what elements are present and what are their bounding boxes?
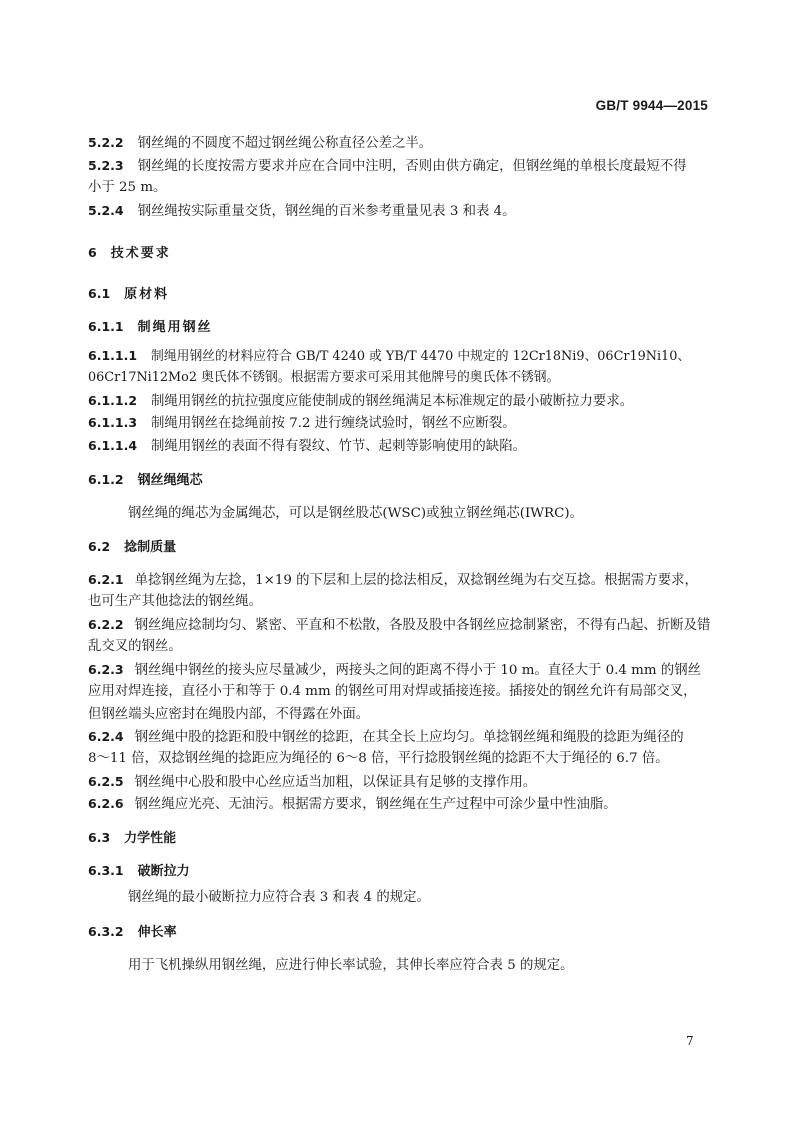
section-number: 6.1 — [88, 285, 110, 303]
clause-6-2-6: 6.2.6钢丝绳应光亮、无油污。根据需方要求，钢丝绳在生产过程中可涂少量中性油脂… — [88, 795, 617, 814]
clause-6-2-2-continued: 乱交叉的钢丝。 — [88, 638, 182, 656]
clause-number: 6.1.1.1 — [88, 347, 137, 365]
clause-number: 6.2.6 — [88, 795, 124, 813]
clause-number: 5.2.3 — [88, 157, 124, 175]
clause-5-2-3-continued: 小于 25 m。 — [88, 179, 166, 197]
clause-text: 钢丝绳中钢丝的接头应尽量减少，两接头之间的距离不得小于 10 m。直径大于 0.… — [135, 663, 701, 678]
section-title: 破断拉力 — [138, 864, 190, 879]
clause-6-2-1: 6.2.1单捻钢丝绳为左捻，1×19 的下层和上层的捻法相反，双捻钢丝绳为右交互… — [88, 571, 708, 590]
section-heading-6-3: 6.3力学性能 — [88, 829, 176, 848]
clause-5-2-2: 5.2.2钢丝绳的不圆度不超过钢丝绳公称直径公差之半。 — [88, 134, 432, 153]
clause-6-1-1-1-continued: 06Cr17Ni12Mo2 奥氏体不锈钢。根据需方要求可采用其他牌号的奥氏体不锈… — [88, 369, 559, 387]
section-number: 6.3.1 — [88, 862, 124, 880]
clause-text: 钢丝绳中股的捻距和股中钢丝的捻距，在其全长上应均匀。单捻钢丝绳和绳股的捻距为绳径… — [135, 730, 684, 745]
section-heading-6-1: 6.1原材料 — [88, 285, 169, 304]
section-heading-6: 6技术要求 — [88, 244, 171, 263]
clause-6-2-4-continued: 8～11 倍，双捻钢丝绳的捻距应为绳径的 6～8 倍，平行捻股钢丝绳的捻距不大于… — [88, 750, 669, 768]
section-title: 伸长率 — [138, 925, 177, 940]
section-heading-6-3-2: 6.3.2伸长率 — [88, 923, 177, 942]
section-number: 6.3 — [88, 829, 110, 847]
section-heading-6-1-2: 6.1.2钢丝绳绳芯 — [88, 471, 203, 490]
section-title: 原材料 — [124, 287, 169, 302]
clause-number: 6.1.1.2 — [88, 392, 137, 410]
clause-number: 5.2.4 — [88, 202, 124, 220]
clause-number: 6.2.3 — [88, 661, 124, 679]
section-heading-6-3-1: 6.3.1破断拉力 — [88, 862, 190, 881]
section-number: 6 — [88, 244, 97, 262]
section-heading-6-2: 6.2捻制质量 — [88, 538, 176, 557]
clause-number: 6.1.1.4 — [88, 437, 137, 455]
clause-number: 6.2.5 — [88, 773, 124, 791]
section-title: 捻制质量 — [124, 540, 176, 555]
clause-text: 钢丝绳中心股和股中心丝应适当加粗，以保证具有足够的支撑作用。 — [135, 775, 537, 790]
clause-text: 制绳用钢丝的表面不得有裂纹、竹节、起刺等影响使用的缺陷。 — [151, 439, 526, 454]
section-heading-6-1-1: 6.1.1制绳用钢丝 — [88, 318, 213, 337]
paragraph-elongation: 用于飞机操纵用钢丝绳，应进行伸长率试验，其伸长率应符合表 5 的规定。 — [128, 957, 574, 975]
clause-number: 6.2.2 — [88, 616, 124, 634]
clause-text: 钢丝绳应捻制均匀、紧密、平直和不松散，各股及股中各钢丝应捻制紧密，不得有凸起、折… — [135, 618, 711, 633]
section-title: 制绳用钢丝 — [138, 320, 213, 335]
clause-text: 钢丝绳应光亮、无油污。根据需方要求，钢丝绳在生产过程中可涂少量中性油脂。 — [135, 797, 617, 812]
section-number: 6.1.2 — [88, 471, 124, 489]
clause-number: 6.2.1 — [88, 571, 124, 589]
header-standard-code: GB/T 9944—2015 — [596, 98, 708, 113]
clause-number: 5.2.2 — [88, 134, 124, 152]
clause-6-1-1-4: 6.1.1.4制绳用钢丝的表面不得有裂纹、竹节、起刺等影响使用的缺陷。 — [88, 437, 526, 456]
clause-6-2-3-continued-2: 但钢丝端头应密封在绳股内部，不得露在外面。 — [88, 706, 369, 724]
clause-6-2-4: 6.2.4钢丝绳中股的捻距和股中钢丝的捻距，在其全长上应均匀。单捻钢丝绳和绳股的… — [88, 728, 708, 747]
clause-6-1-1-2: 6.1.1.2制绳用钢丝的抗拉强度应能使制成的钢丝绳满足本标准规定的最小破断拉力… — [88, 392, 633, 411]
clause-number: 6.1.1.3 — [88, 414, 137, 432]
clause-text: 钢丝绳按实际重量交货，钢丝绳的百米参考重量见表 3 和表 4。 — [138, 204, 516, 219]
clause-text: 钢丝绳的长度按需方要求并应在合同中注明，否则由供方确定，但钢丝绳的单根长度最短不… — [138, 159, 687, 174]
paragraph-breaking-force: 钢丝绳的最小破断拉力应符合表 3 和表 4 的规定。 — [128, 889, 430, 907]
clause-text: 单捻钢丝绳为左捻，1×19 的下层和上层的捻法相反，双捻钢丝绳为右交互捻。根据需… — [135, 573, 698, 588]
paragraph-rope-core: 钢丝绳的绳芯为金属绳芯，可以是钢丝股芯(WSC)或独立钢丝绳芯(IWRC)。 — [128, 505, 583, 523]
clause-text: 制绳用钢丝的材料应符合 GB/T 4240 或 YB/T 4470 中规定的 1… — [151, 349, 690, 364]
section-number: 6.2 — [88, 538, 110, 556]
section-number: 6.1.1 — [88, 318, 124, 336]
clause-6-1-1-3: 6.1.1.3制绳用钢丝在捻绳前按 7.2 进行缠绕试验时，钢丝不应断裂。 — [88, 414, 516, 433]
section-title: 钢丝绳绳芯 — [138, 473, 203, 488]
clause-6-1-1-1: 6.1.1.1制绳用钢丝的材料应符合 GB/T 4240 或 YB/T 4470… — [88, 347, 708, 366]
clause-text: 制绳用钢丝的抗拉强度应能使制成的钢丝绳满足本标准规定的最小破断拉力要求。 — [151, 394, 633, 409]
section-number: 6.3.2 — [88, 923, 124, 941]
section-title: 力学性能 — [124, 831, 176, 846]
clause-text: 钢丝绳的不圆度不超过钢丝绳公称直径公差之半。 — [138, 136, 433, 151]
clause-6-2-3: 6.2.3钢丝绳中钢丝的接头应尽量减少，两接头之间的距离不得小于 10 m。直径… — [88, 661, 708, 680]
clause-6-2-2: 6.2.2钢丝绳应捻制均匀、紧密、平直和不松散，各股及股中各钢丝应捻制紧密，不得… — [88, 616, 708, 635]
clause-6-2-3-continued: 应用对焊连接，直径小于和等于 0.4 mm 的钢丝可用对焊或插接连接。插接处的钢… — [88, 683, 696, 701]
clause-number: 6.2.4 — [88, 728, 124, 746]
section-title: 技术要求 — [111, 246, 171, 261]
clause-6-2-5: 6.2.5钢丝绳中心股和股中心丝应适当加粗，以保证具有足够的支撑作用。 — [88, 773, 536, 792]
clause-5-2-4: 5.2.4钢丝绳按实际重量交货，钢丝绳的百米参考重量见表 3 和表 4。 — [88, 202, 516, 221]
clause-text: 制绳用钢丝在捻绳前按 7.2 进行缠绕试验时，钢丝不应断裂。 — [151, 416, 516, 431]
clause-5-2-3: 5.2.3钢丝绳的长度按需方要求并应在合同中注明，否则由供方确定，但钢丝绳的单根… — [88, 157, 708, 176]
clause-6-2-1-continued: 也可生产其他捻法的钢丝绳。 — [88, 593, 262, 611]
page-number: 7 — [686, 1034, 694, 1048]
